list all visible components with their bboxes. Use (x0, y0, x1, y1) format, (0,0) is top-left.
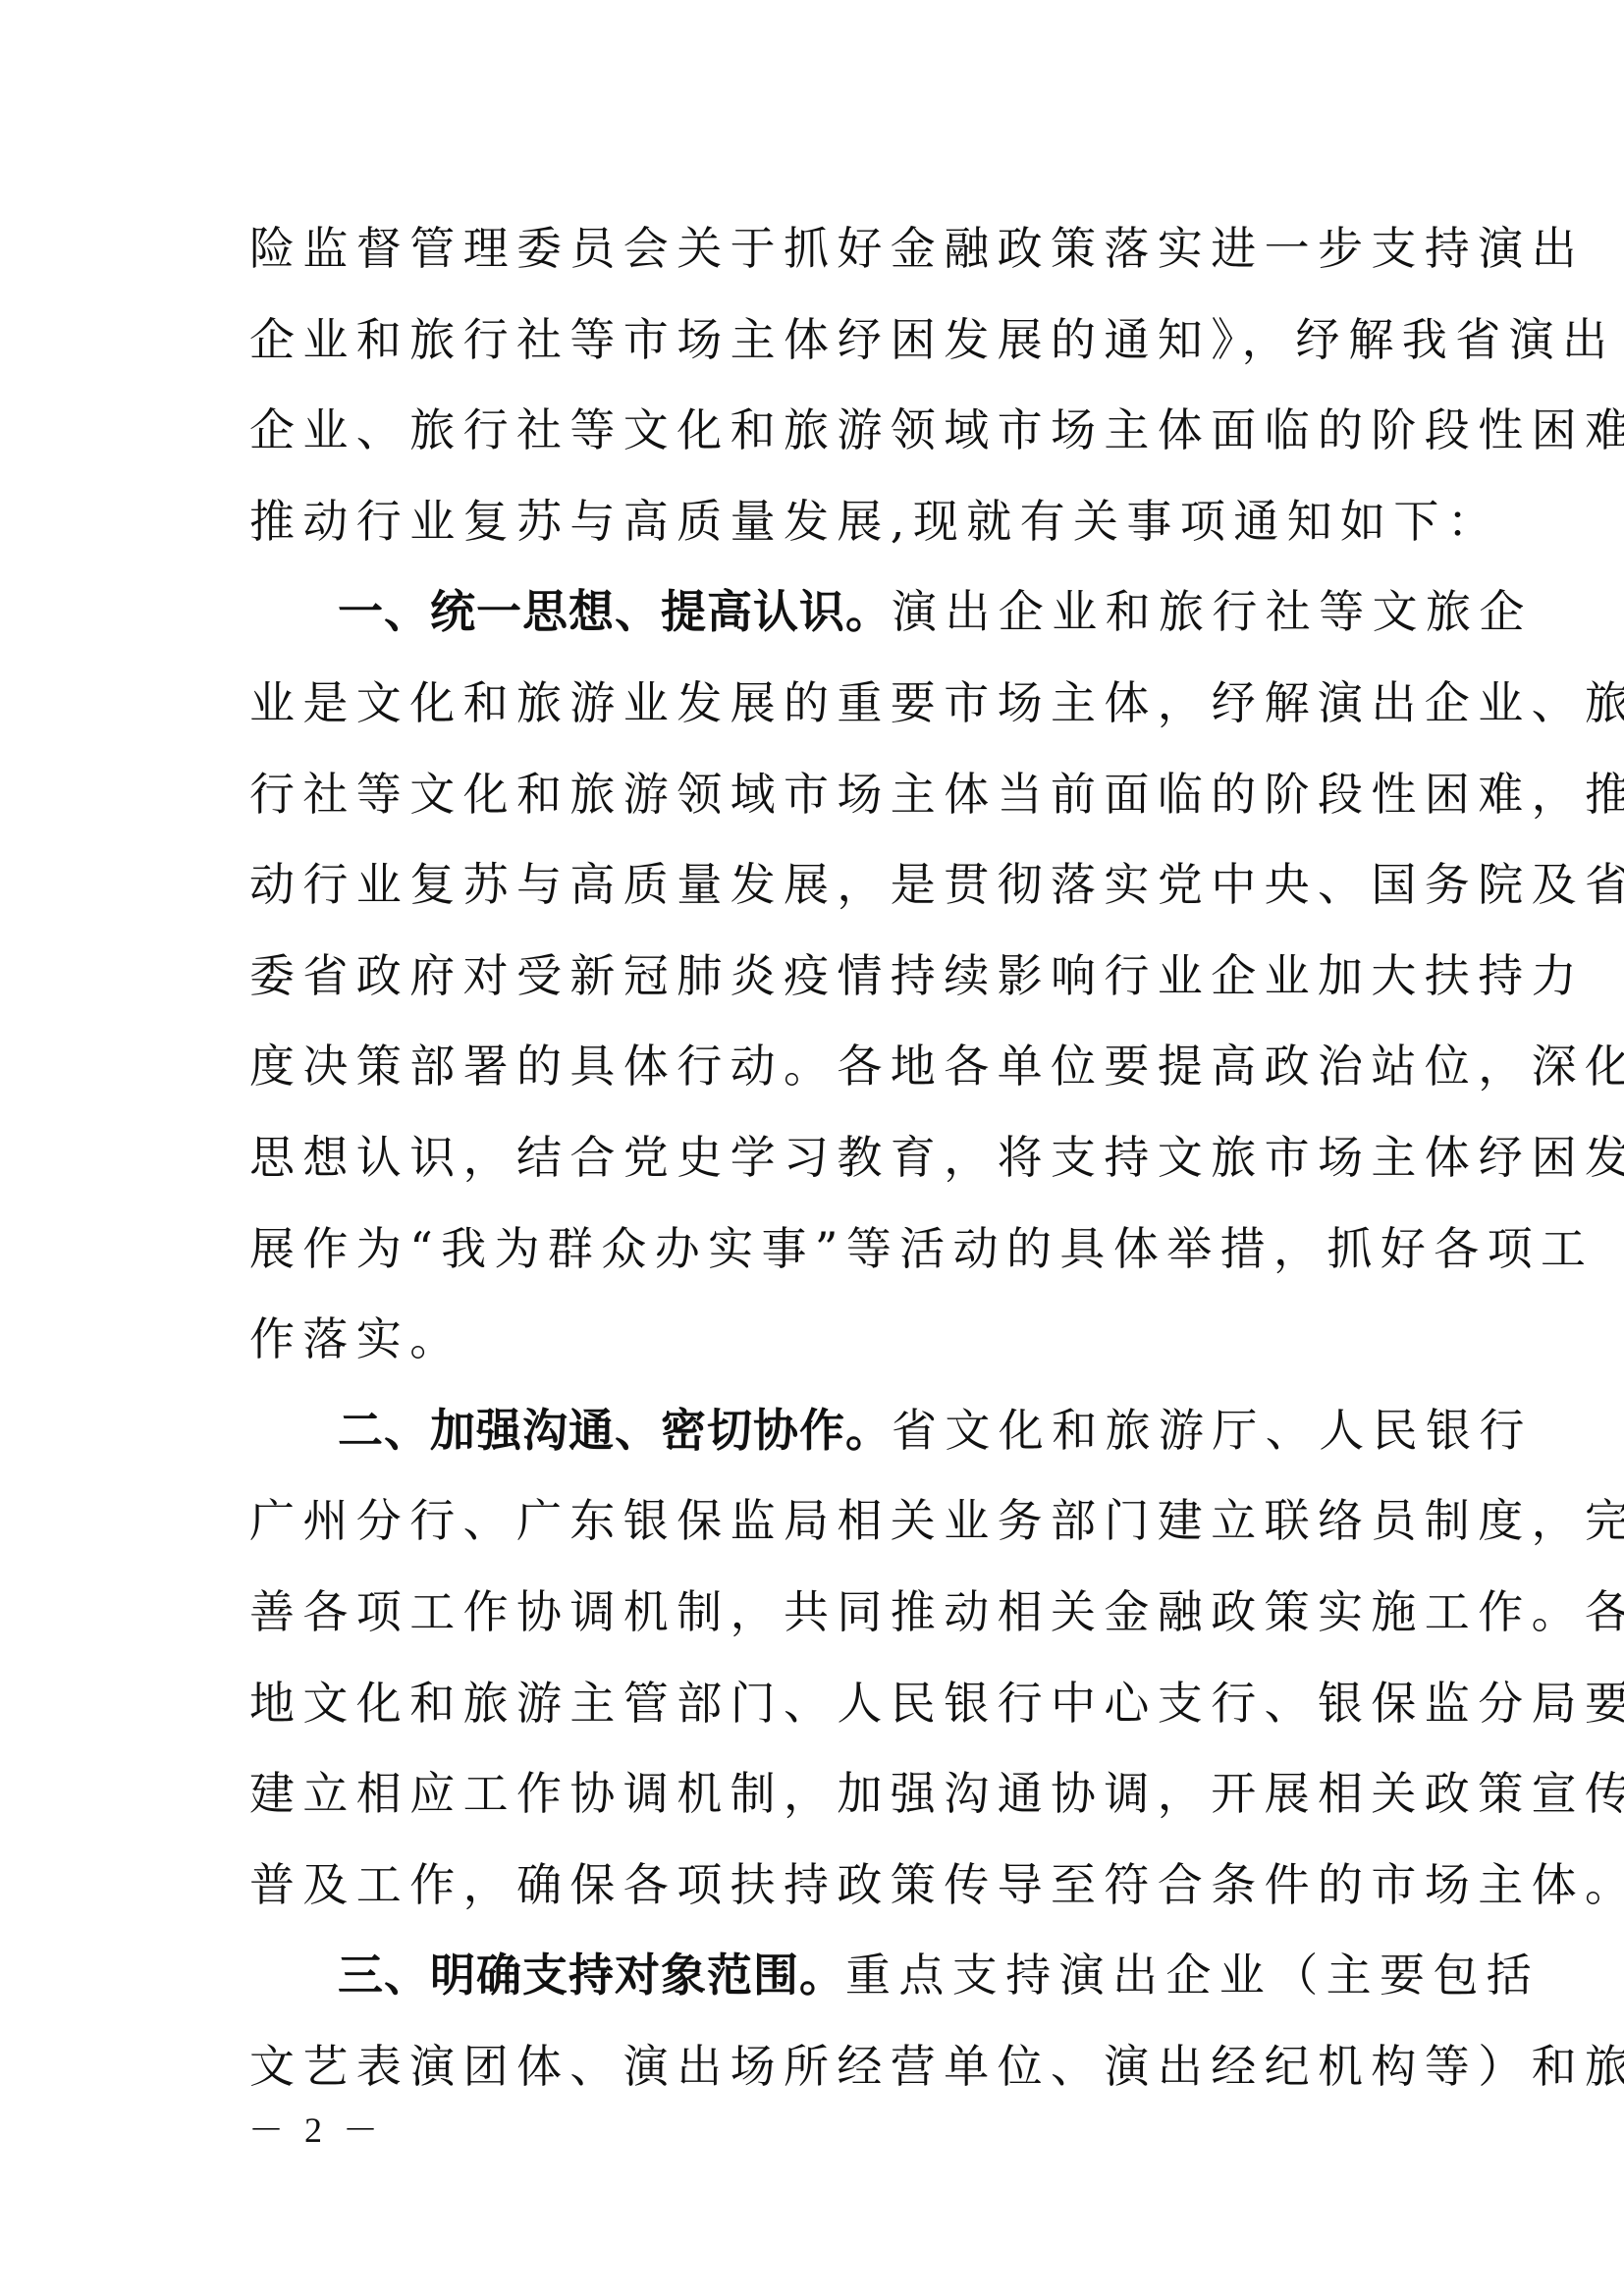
section-1: 一、统一思想、提高认识。演出企业和旅行社等文旅企 业是文化和旅游业发展的重要市场… (249, 585, 1388, 1403)
section-heading: 三、明确支持对象范围。 (338, 1949, 845, 2002)
text-line: 业是文化和旅游业发展的重要市场主体，纾解演出企业、旅 (249, 676, 1388, 768)
text-line: 委省政府对受新冠肺炎疫情持续影响行业企业加大扶持力 (249, 949, 1388, 1041)
text-line: 善各项工作协调机制，共同推动相关金融政策实施工作。各 (249, 1585, 1388, 1677)
section-heading: 二、加强沟通、密切协作。 (338, 1404, 892, 1457)
section-heading: 一、统一思想、提高认识。 (338, 585, 892, 638)
document-body: 险监督管理委员会关于抓好金融政策落实进一步支持演出 企业和旅行社等市场主体纾困发… (249, 222, 1388, 2130)
text-line: 建立相应工作协调机制，加强沟通协调，开展相关政策宣传 (249, 1767, 1388, 1858)
text-line: 普及工作，确保各项扶持政策传导至符合条件的市场主体。 (249, 1858, 1388, 1949)
text-line: 展作为“我为群众办实事”等活动的具体举措，抓好各项工 (249, 1222, 1388, 1313)
section-text: 演出企业和旅行社等文旅企 (892, 585, 1533, 638)
text-line: 险监督管理委员会关于抓好金融政策落实进一步支持演出 (249, 222, 1388, 313)
text-line: 思想认识，结合党史学习教育，将支持文旅市场主体纾困发 (249, 1131, 1388, 1222)
text-line: 度决策部署的具体行动。各地各单位要提高政治站位，深化 (249, 1040, 1388, 1131)
text-line: 企业、旅行社等文化和旅游领域市场主体面临的阶段性困难， (249, 403, 1388, 495)
paragraph-intro: 险监督管理委员会关于抓好金融政策落实进一步支持演出 企业和旅行社等市场主体纾困发… (249, 222, 1388, 585)
text-line: 作落实。 (249, 1312, 1388, 1404)
section-2: 二、加强沟通、密切协作。省文化和旅游厅、人民银行 广州分行、广东银保监局相关业务… (249, 1404, 1388, 1949)
text-line: 广州分行、广东银保监局相关业务部门建立联络员制度，完 (249, 1494, 1388, 1585)
document-page: 险监督管理委员会关于抓好金融政策落实进一步支持演出 企业和旅行社等市场主体纾困发… (0, 0, 1624, 2296)
section-text: 省文化和旅游厅、人民银行 (892, 1404, 1533, 1457)
section-first-line: 二、加强沟通、密切协作。省文化和旅游厅、人民银行 (249, 1404, 1388, 1495)
text-line: 地文化和旅游主管部门、人民银行中心支行、银保监分局要 (249, 1677, 1388, 1768)
text-line: 推动行业复苏与高质量发展,现就有关事项通知如下： (249, 495, 1388, 586)
text-line: 行社等文化和旅游领域市场主体当前面临的阶段性困难，推 (249, 768, 1388, 859)
section-text: 重点支持演出企业（主要包括 (845, 1949, 1540, 2002)
section-first-line: 一、统一思想、提高认识。演出企业和旅行社等文旅企 (249, 585, 1388, 676)
section-first-line: 三、明确支持对象范围。重点支持演出企业（主要包括 (249, 1949, 1388, 2040)
section-3: 三、明确支持对象范围。重点支持演出企业（主要包括 文艺表演团体、演出场所经营单位… (249, 1949, 1388, 2130)
text-line: 文艺表演团体、演出场所经营单位、演出经纪机构等）和旅 (249, 2040, 1388, 2131)
text-line: 动行业复苏与高质量发展，是贯彻落实党中央、国务院及省 (249, 858, 1388, 949)
page-number: － 2 － (248, 2103, 384, 2153)
text-line: 企业和旅行社等市场主体纾困发展的通知》，纾解我省演出 (249, 313, 1388, 404)
